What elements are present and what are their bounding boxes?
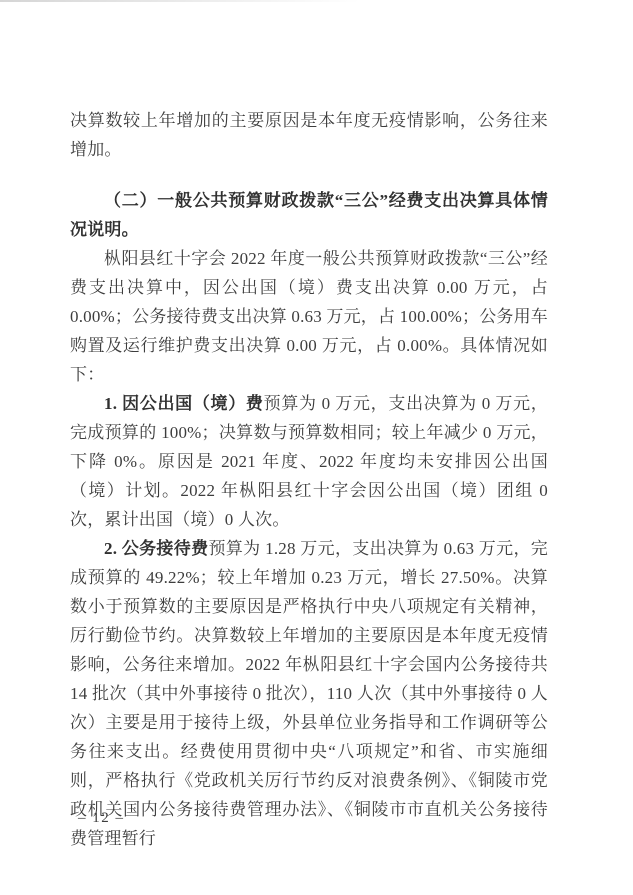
paragraph-carryover: 决算数较上年增加的主要原因是本年度无疫情影响，公务往来增加。 (70, 106, 548, 164)
paragraph-three-public-summary: 枞阳县红十字会 2022 年度一般公共预算财政拨款“三公”经费支出决算中，因公出… (70, 244, 548, 389)
page-number: – 12 – (78, 810, 125, 827)
paragraph-official-reception: 2. 公务接待费预算为 1.28 万元，支出决算为 0.63 万元，完成预算的 … (70, 534, 548, 853)
section-heading: （二）一般公共预算财政拨款“三公”经费支出决算具体情况说明。 (70, 186, 548, 244)
official-reception-text: 预算为 1.28 万元，支出决算为 0.63 万元，完成预算的 49.22%；较… (70, 539, 548, 848)
document-body: 决算数较上年增加的主要原因是本年度无疫情影响，公务往来增加。 （二）一般公共预算… (70, 106, 548, 853)
official-reception-label: 2. 公务接待费 (104, 539, 208, 558)
paragraph-overseas-trips: 1. 因公出国（境）费预算为 0 万元，支出决算为 0 万元，完成预算的 100… (70, 389, 548, 534)
document-page: 决算数较上年增加的主要原因是本年度无疫情影响，公务往来增加。 （二）一般公共预算… (0, 0, 633, 895)
scan-edge-artifact (0, 0, 360, 2)
overseas-trips-text: 预算为 0 万元，支出决算为 0 万元，完成预算的 100%；决算数与预算数相同… (70, 394, 548, 529)
overseas-trips-label: 1. 因公出国（境）费 (104, 394, 264, 413)
